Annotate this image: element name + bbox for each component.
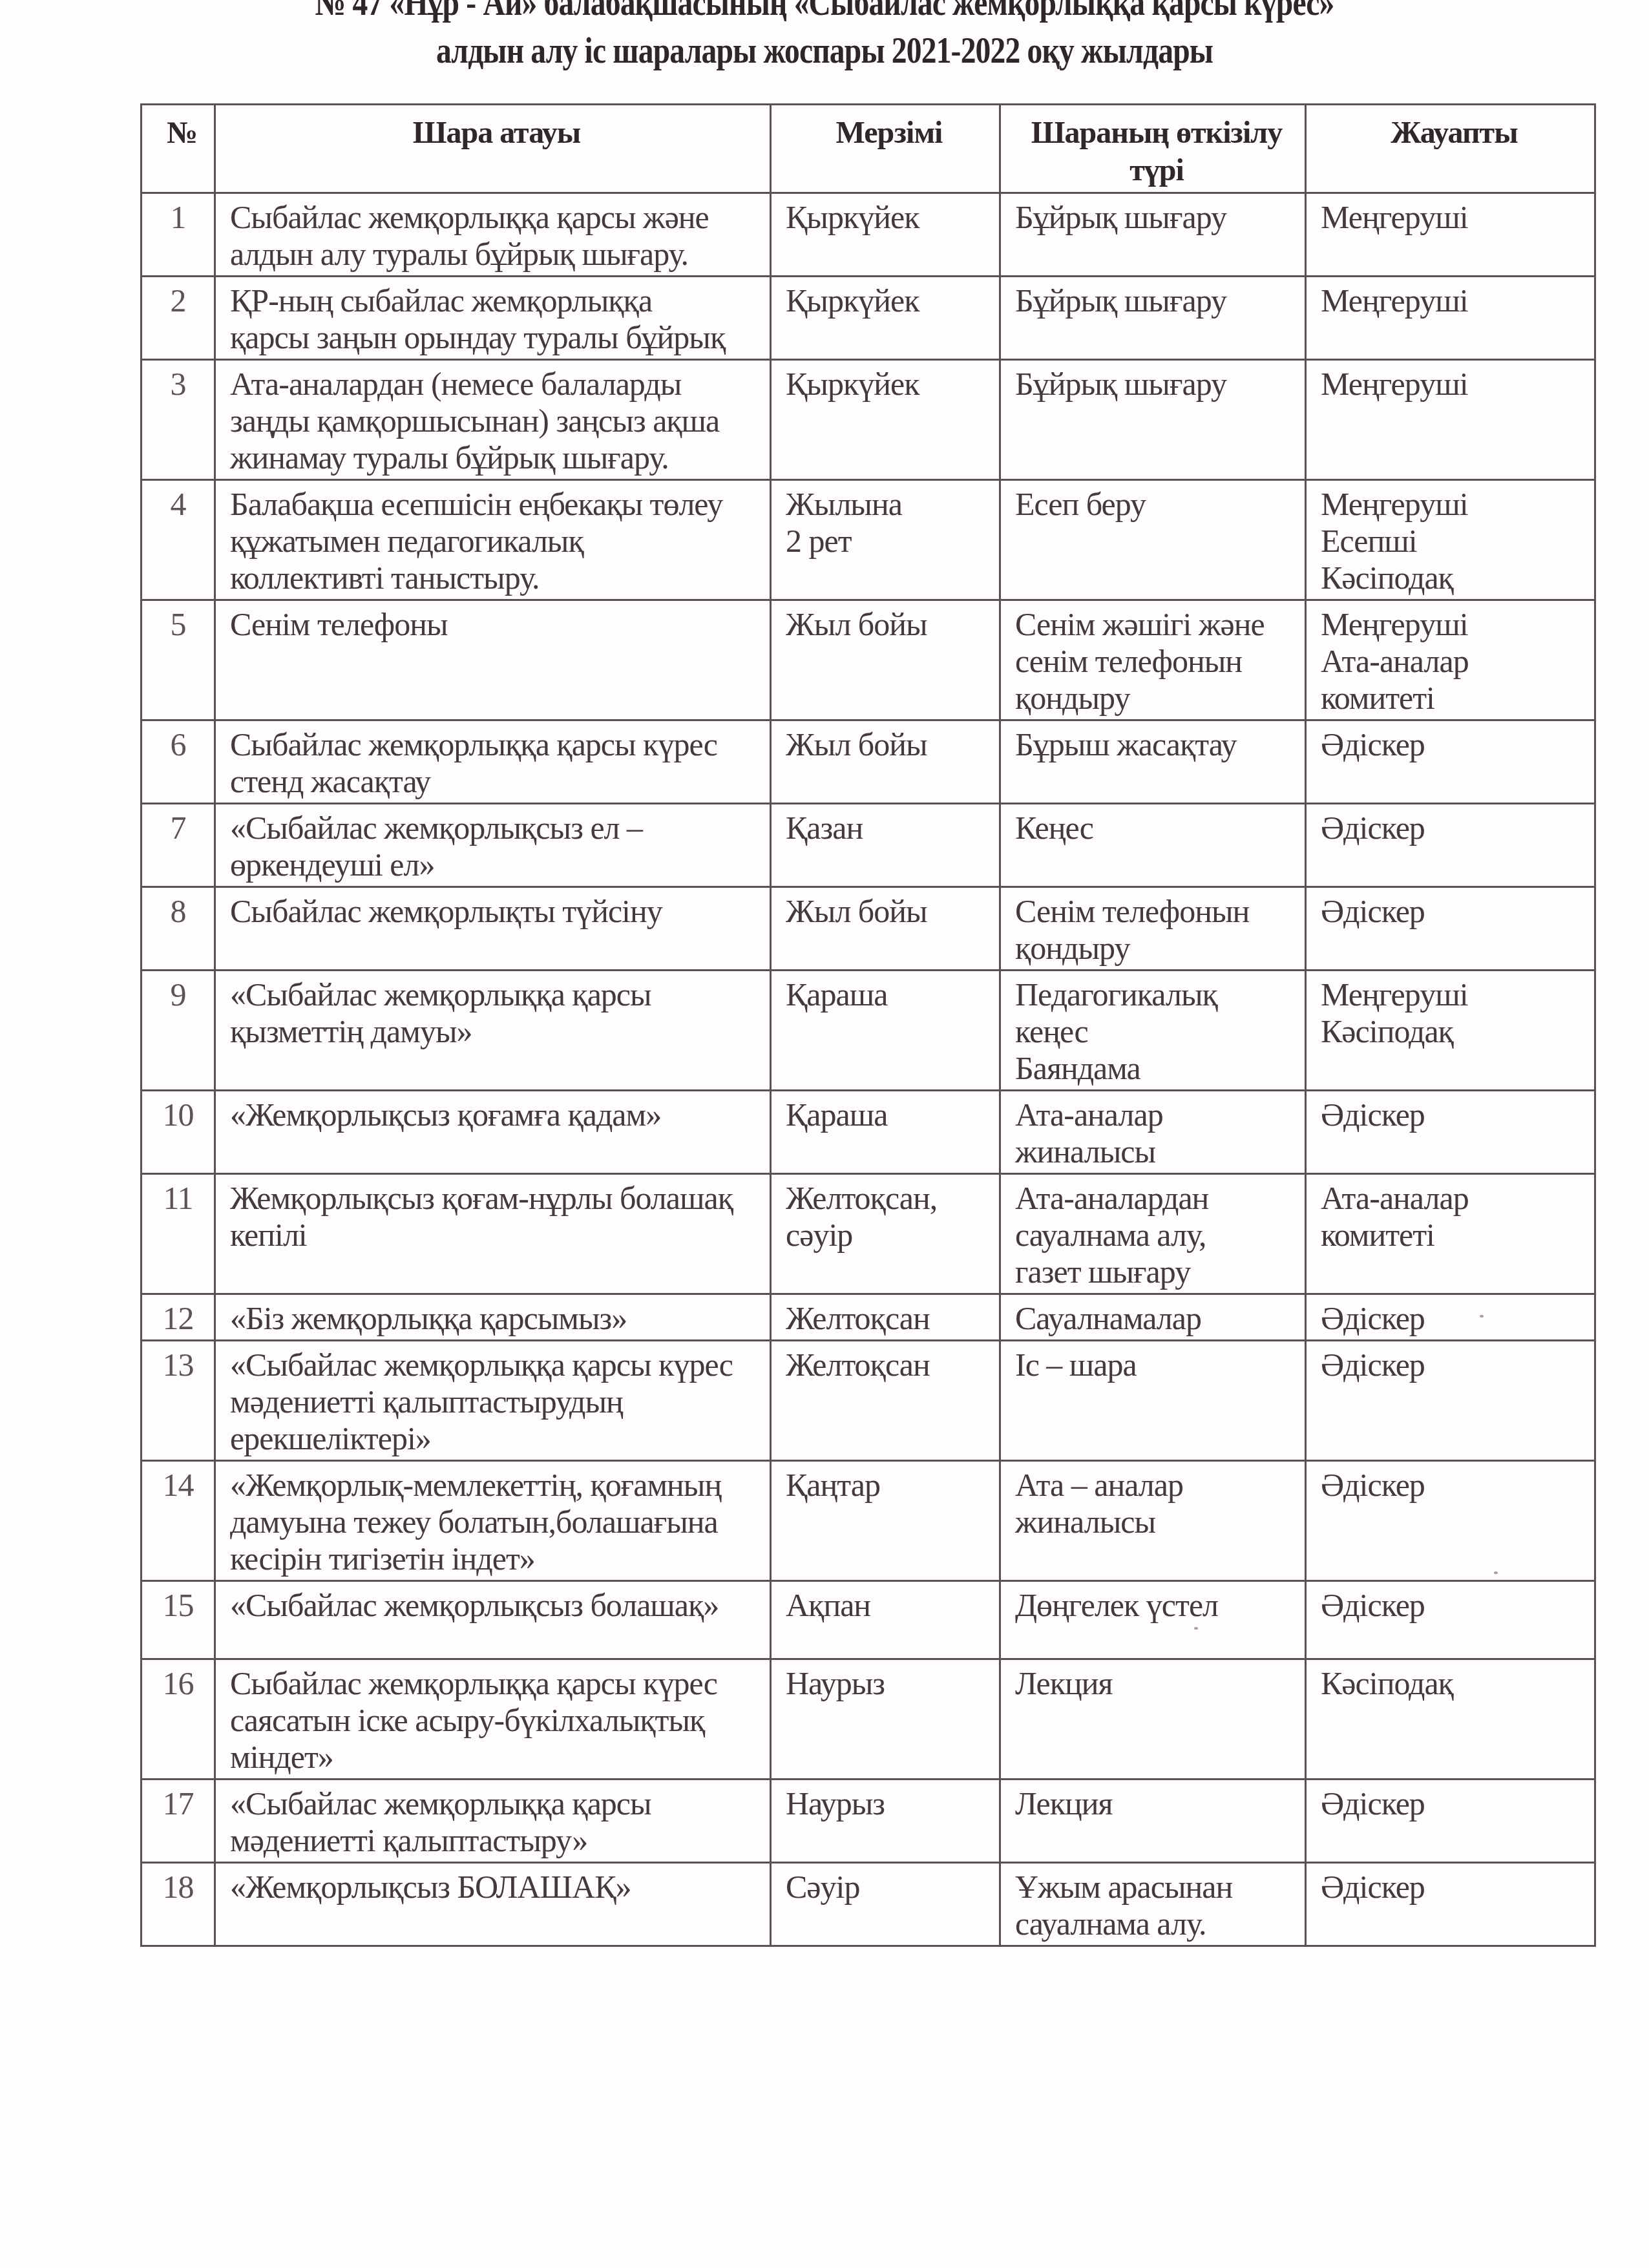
cell-text-line: Меңгеруші xyxy=(1321,199,1588,236)
cell-text-line: Сауалнамалар xyxy=(1015,1300,1298,1337)
cell-text-line: Қыркүйек xyxy=(786,366,993,403)
deadline-cell: Наурыз xyxy=(771,1659,1000,1780)
table-row: 1Сыбайлас жемқорлыққа қарсы жәнеалдын ал… xyxy=(142,193,1595,277)
cell-text-line: кесірін тигізетін індет» xyxy=(230,1540,763,1577)
responsible-cell: Әдіскер xyxy=(1306,720,1595,804)
event-form-cell: Есеп беру xyxy=(1000,480,1306,600)
cell-text-line: мәдениетті қалыптастырудың xyxy=(230,1383,763,1420)
cell-text-line: алдын алу туралы бұйрық шығару. xyxy=(230,236,763,273)
deadline-cell: Қыркүйек xyxy=(771,360,1000,480)
cell-text-line: Лекция xyxy=(1015,1785,1298,1822)
cell-text-line: «Жемқорлық-мемлекеттің, қоғамның xyxy=(230,1467,763,1504)
cell-text-line: Ақпан xyxy=(786,1587,993,1624)
deadline-cell: Наурыз xyxy=(771,1780,1000,1863)
scan-speck xyxy=(1194,1627,1198,1630)
cell-text-line: Әдіскер xyxy=(1321,810,1588,846)
table-row: 12«Біз жемқорлыққа қарсымыз»ЖелтоқсанСау… xyxy=(142,1294,1595,1341)
event-name-cell: «Жемқорлықсыз қоғамға қадам» xyxy=(215,1091,771,1174)
cell-text-line: Педагогикалық xyxy=(1015,976,1298,1013)
document-title-line-2: алдын алу іс шаралары жоспары 2021-2022 … xyxy=(149,28,1501,72)
table-row: 2ҚР-ның сыбайлас жемқорлыққақарсы заңын … xyxy=(142,277,1595,360)
cell-text-line: стенд жасақтау xyxy=(230,763,763,800)
row-number: 10 xyxy=(142,1091,215,1174)
cell-text-line: Жыл бойы xyxy=(786,606,993,643)
deadline-cell: Жыл бойы xyxy=(771,887,1000,971)
cell-text-line: Жыл бойы xyxy=(786,726,993,763)
row-number: 17 xyxy=(142,1780,215,1863)
cell-text-line: Әдіскер xyxy=(1321,1097,1588,1133)
row-number: 2 xyxy=(142,277,215,360)
event-name-cell: «Жемқорлықсыз БОЛАШАҚ» xyxy=(215,1863,771,1946)
cell-text-line: Ата – аналар xyxy=(1015,1467,1298,1504)
event-name-cell: «Сыбайлас жемқорлықсыз ел –өркендеуші ел… xyxy=(215,804,771,887)
event-form-cell: Ұжым арасынансауалнама алу. xyxy=(1000,1863,1306,1946)
responsible-cell: Әдіскер xyxy=(1306,1294,1595,1341)
row-number: 5 xyxy=(142,600,215,720)
cell-text-line: комитеті xyxy=(1321,1217,1588,1254)
cell-text-line: Іс – шара xyxy=(1015,1347,1298,1383)
cell-text-line: Меңгеруші xyxy=(1321,282,1588,319)
deadline-cell: Желтоқсан xyxy=(771,1341,1000,1461)
header-responsible: Жауапты xyxy=(1306,105,1595,193)
cell-text-line: Әдіскер xyxy=(1321,726,1588,763)
deadline-cell: Желтоқсан xyxy=(771,1294,1000,1341)
scan-speck xyxy=(1480,1315,1484,1318)
event-form-cell: Лекция xyxy=(1000,1659,1306,1780)
event-form-cell: Сенім жәшігі жәнесенім телефонынқондыру xyxy=(1000,600,1306,720)
table-row: 8Сыбайлас жемқорлықты түйсінуЖыл бойыСен… xyxy=(142,887,1595,971)
deadline-cell: Жыл бойы xyxy=(771,600,1000,720)
row-number: 18 xyxy=(142,1863,215,1946)
cell-text-line: Меңгеруші xyxy=(1321,366,1588,403)
deadline-cell: Желтоқсан,сәуір xyxy=(771,1174,1000,1294)
event-form-cell: Сауалнамалар xyxy=(1000,1294,1306,1341)
cell-text-line: Меңгеруші xyxy=(1321,976,1588,1013)
cell-text-line: Ата-аналар xyxy=(1015,1097,1298,1133)
cell-text-line: жинамау туралы бұйрық шығару. xyxy=(230,439,763,476)
cell-text-line: Сыбайлас жемқорлықты түйсіну xyxy=(230,893,763,930)
event-name-cell: Сыбайлас жемқорлыққа қарсы күрессаясатын… xyxy=(215,1659,771,1780)
responsible-cell: Әдіскер xyxy=(1306,1863,1595,1946)
cell-text-line: «Жемқорлықсыз БОЛАШАҚ» xyxy=(230,1869,763,1906)
table-header-row: № Шара атауы Мерзімі Шараның өткізілу тү… xyxy=(142,105,1595,193)
table-row: 5Сенім телефоныЖыл бойыСенім жәшігі және… xyxy=(142,600,1595,720)
table-row: 16Сыбайлас жемқорлыққа қарсы күрессаясат… xyxy=(142,1659,1595,1780)
cell-text-line: Наурыз xyxy=(786,1785,993,1822)
cell-text-line: заңды қамқоршысынан) заңсыз ақша xyxy=(230,403,763,439)
cell-text-line: Қыркүйек xyxy=(786,282,993,319)
event-form-cell: Кеңес xyxy=(1000,804,1306,887)
responsible-cell: Әдіскер xyxy=(1306,1461,1595,1581)
responsible-cell: Әдіскер xyxy=(1306,1780,1595,1863)
header-number: № xyxy=(142,105,215,193)
deadline-cell: Жыл бойы xyxy=(771,720,1000,804)
event-name-cell: «Сыбайлас жемқорлыққа қарсықызметтің дам… xyxy=(215,971,771,1091)
responsible-cell: Әдіскер xyxy=(1306,887,1595,971)
event-form-cell: Ата-аналардансауалнама алу,газет шығару xyxy=(1000,1174,1306,1294)
cell-text-line: Желтоқсан, xyxy=(786,1180,993,1217)
cell-text-line: Дөңгелек үстел xyxy=(1015,1587,1298,1624)
cell-text-line: кепілі xyxy=(230,1217,763,1254)
event-name-cell: Сенім телефоны xyxy=(215,600,771,720)
event-form-cell: Лекция xyxy=(1000,1780,1306,1863)
event-form-cell: Бұйрық шығару xyxy=(1000,277,1306,360)
cell-text-line: жиналысы xyxy=(1015,1133,1298,1170)
responsible-cell: МеңгерушіКәсіподақ xyxy=(1306,971,1595,1091)
cell-text-line: Жемқорлықсыз қоғам-нұрлы болашақ xyxy=(230,1180,763,1217)
cell-text-line: ҚР-ның сыбайлас жемқорлыққа xyxy=(230,282,763,319)
cell-text-line: «Біз жемқорлыққа қарсымыз» xyxy=(230,1300,763,1337)
deadline-cell: Қаңтар xyxy=(771,1461,1000,1581)
cell-text-line: Бұйрық шығару xyxy=(1015,199,1298,236)
cell-text-line: Әдіскер xyxy=(1321,893,1588,930)
cell-text-line: «Сыбайлас жемқорлыққа қарсы күрес xyxy=(230,1347,763,1383)
event-name-cell: ҚР-ның сыбайлас жемқорлыққақарсы заңын о… xyxy=(215,277,771,360)
event-name-cell: «Жемқорлық-мемлекеттің, қоғамныңдамуына … xyxy=(215,1461,771,1581)
event-form-cell: Дөңгелек үстел xyxy=(1000,1581,1306,1659)
cell-text-line: Кәсіподақ xyxy=(1321,1665,1588,1702)
cell-text-line: Сыбайлас жемқорлыққа қарсы күрес xyxy=(230,1665,763,1702)
cell-text-line: Сенім телефоны xyxy=(230,606,763,643)
cell-text-line: Бұйрық шығару xyxy=(1015,366,1298,403)
cell-text-line: сауалнама алу. xyxy=(1015,1906,1298,1942)
row-number: 12 xyxy=(142,1294,215,1341)
row-number: 8 xyxy=(142,887,215,971)
event-form-cell: Бұйрық шығару xyxy=(1000,360,1306,480)
cell-text-line: Қазан xyxy=(786,810,993,846)
responsible-cell: Меңгеруші xyxy=(1306,360,1595,480)
cell-text-line: Әдіскер xyxy=(1321,1587,1588,1624)
cell-text-line: Қыркүйек xyxy=(786,199,993,236)
cell-text-line: Әдіскер xyxy=(1321,1300,1588,1337)
table-body: 1Сыбайлас жемқорлыққа қарсы жәнеалдын ал… xyxy=(142,193,1595,1946)
table-row: 4Балабақша есепшісін еңбекақы төлеуқұжат… xyxy=(142,480,1595,600)
event-name-cell: Ата-аналардан (немесе балалардызаңды қам… xyxy=(215,360,771,480)
responsible-cell: Меңгеруші xyxy=(1306,277,1595,360)
row-number: 14 xyxy=(142,1461,215,1581)
table-row: 3Ата-аналардан (немесе балалардызаңды қа… xyxy=(142,360,1595,480)
cell-text-line: қызметтің дамуы» xyxy=(230,1013,763,1050)
cell-text-line: газет шығару xyxy=(1015,1254,1298,1290)
event-form-cell: Іс – шара xyxy=(1000,1341,1306,1461)
cell-text-line: Ұжым арасынан xyxy=(1015,1869,1298,1906)
responsible-cell: Әдіскер xyxy=(1306,1581,1595,1659)
cell-text-line: Сенім жәшігі және xyxy=(1015,606,1298,643)
table-row: 18«Жемқорлықсыз БОЛАШАҚ»СәуірҰжым арасын… xyxy=(142,1863,1595,1946)
cell-text-line: Лекция xyxy=(1015,1665,1298,1702)
deadline-cell: Сәуір xyxy=(771,1863,1000,1946)
cell-text-line: саясатын іске асыру-бүкілхалықтық xyxy=(230,1702,763,1739)
row-number: 3 xyxy=(142,360,215,480)
cell-text-line: Әдіскер xyxy=(1321,1347,1588,1383)
header-event-form: Шараның өткізілу түрі xyxy=(1000,105,1306,193)
cell-text-line: «Сыбайлас жемқорлыққа қарсы xyxy=(230,1785,763,1822)
row-number: 9 xyxy=(142,971,215,1091)
cell-text-line: Меңгеруші xyxy=(1321,486,1588,523)
cell-text-line: Есепші xyxy=(1321,523,1588,560)
deadline-cell: Жылына2 рет xyxy=(771,480,1000,600)
row-number: 15 xyxy=(142,1581,215,1659)
cell-text-line: Баяндама xyxy=(1015,1050,1298,1087)
event-name-cell: «Сыбайлас жемқорлыққа қарсы күресмәдение… xyxy=(215,1341,771,1461)
document-title-line-1: № 47 «Нұр - Ай» балабақшасының «Сыбайлас… xyxy=(149,0,1501,24)
deadline-cell: Ақпан xyxy=(771,1581,1000,1659)
table-row: 13«Сыбайлас жемқорлыққа қарсы күресмәден… xyxy=(142,1341,1595,1461)
row-number: 1 xyxy=(142,193,215,277)
cell-text-line: Әдіскер xyxy=(1321,1785,1588,1822)
cell-text-line: мәдениетті қалыптастыру» xyxy=(230,1822,763,1859)
row-number: 16 xyxy=(142,1659,215,1780)
cell-text-line: Сенім телефонын xyxy=(1015,893,1298,930)
event-name-cell: Сыбайлас жемқорлыққа қарсы күресстенд жа… xyxy=(215,720,771,804)
cell-text-line: Қараша xyxy=(786,1097,993,1133)
cell-text-line: Жылына xyxy=(786,486,993,523)
cell-text-line: сәуір xyxy=(786,1217,993,1254)
cell-text-line: Қараша xyxy=(786,976,993,1013)
anti-corruption-plan-table: № Шара атауы Мерзімі Шараның өткізілу тү… xyxy=(140,103,1596,1947)
scan-speck xyxy=(1494,1571,1498,1574)
cell-text-line: Әдіскер xyxy=(1321,1869,1588,1906)
row-number: 13 xyxy=(142,1341,215,1461)
responsible-cell: Әдіскер xyxy=(1306,1341,1595,1461)
event-form-cell: ПедагогикалықкеңесБаяндама xyxy=(1000,971,1306,1091)
cell-text-line: Қаңтар xyxy=(786,1467,993,1504)
header-event-name: Шара атауы xyxy=(215,105,771,193)
event-name-cell: «Біз жемқорлыққа қарсымыз» xyxy=(215,1294,771,1341)
cell-text-line: Бұрыш жасақтау xyxy=(1015,726,1298,763)
cell-text-line: коллективті таныстыру. xyxy=(230,560,763,596)
cell-text-line: қондыру xyxy=(1015,930,1298,967)
cell-text-line: Жыл бойы xyxy=(786,893,993,930)
row-number: 7 xyxy=(142,804,215,887)
responsible-cell: Әдіскер xyxy=(1306,804,1595,887)
cell-text-line: Ата-аналардан xyxy=(1015,1180,1298,1217)
table-row: 7«Сыбайлас жемқорлықсыз ел –өркендеуші е… xyxy=(142,804,1595,887)
cell-text-line: Есеп беру xyxy=(1015,486,1298,523)
event-form-cell: Ата – аналаржиналысы xyxy=(1000,1461,1306,1581)
cell-text-line: жиналысы xyxy=(1015,1504,1298,1540)
event-name-cell: Балабақша есепшісін еңбекақы төлеуқұжаты… xyxy=(215,480,771,600)
cell-text-line: Әдіскер xyxy=(1321,1467,1588,1504)
row-number: 4 xyxy=(142,480,215,600)
deadline-cell: Қазан xyxy=(771,804,1000,887)
cell-text-line: кеңес xyxy=(1015,1013,1298,1050)
cell-text-line: қарсы заңын орындау туралы бұйрық xyxy=(230,319,763,356)
cell-text-line: Желтоқсан xyxy=(786,1347,993,1383)
responsible-cell: Меңгеруші xyxy=(1306,193,1595,277)
cell-text-line: міндет» xyxy=(230,1739,763,1776)
event-form-cell: Бұрыш жасақтау xyxy=(1000,720,1306,804)
responsible-cell: Әдіскер xyxy=(1306,1091,1595,1174)
cell-text-line: Ата-аналардан (немесе балаларды xyxy=(230,366,763,403)
event-name-cell: Сыбайлас жемқорлықты түйсіну xyxy=(215,887,771,971)
table-row: 15«Сыбайлас жемқорлықсыз болашақ»АқпанДө… xyxy=(142,1581,1595,1659)
cell-text-line: Балабақша есепшісін еңбекақы төлеу xyxy=(230,486,763,523)
table-row: 14«Жемқорлық-мемлекеттің, қоғамныңдамуын… xyxy=(142,1461,1595,1581)
event-form-cell: Ата-аналаржиналысы xyxy=(1000,1091,1306,1174)
cell-text-line: «Сыбайлас жемқорлықсыз болашақ» xyxy=(230,1587,763,1624)
cell-text-line: сенім телефонын xyxy=(1015,643,1298,680)
cell-text-line: Сәуір xyxy=(786,1869,993,1906)
table-row: 11Жемқорлықсыз қоғам-нұрлы болашақкепілі… xyxy=(142,1174,1595,1294)
event-form-cell: Сенім телефонынқондыру xyxy=(1000,887,1306,971)
cell-text-line: Бұйрық шығару xyxy=(1015,282,1298,319)
cell-text-line: Кәсіподақ xyxy=(1321,1013,1588,1050)
responsible-cell: МеңгерушіАта-аналаркомитеті xyxy=(1306,600,1595,720)
cell-text-line: «Сыбайлас жемқорлыққа қарсы xyxy=(230,976,763,1013)
row-number: 11 xyxy=(142,1174,215,1294)
event-name-cell: Жемқорлықсыз қоғам-нұрлы болашақкепілі xyxy=(215,1174,771,1294)
deadline-cell: Қыркүйек xyxy=(771,277,1000,360)
cell-text-line: 2 рет xyxy=(786,523,993,560)
cell-text-line: комитеті xyxy=(1321,680,1588,717)
cell-text-line: «Жемқорлықсыз қоғамға қадам» xyxy=(230,1097,763,1133)
cell-text-line: Желтоқсан xyxy=(786,1300,993,1337)
cell-text-line: Ата-аналар xyxy=(1321,643,1588,680)
table-row: 6Сыбайлас жемқорлыққа қарсы күресстенд ж… xyxy=(142,720,1595,804)
cell-text-line: Наурыз xyxy=(786,1665,993,1702)
event-name-cell: Сыбайлас жемқорлыққа қарсы жәнеалдын алу… xyxy=(215,193,771,277)
cell-text-line: құжатымен педагогикалық xyxy=(230,523,763,560)
cell-text-line: Сыбайлас жемқорлыққа қарсы және xyxy=(230,199,763,236)
table-row: 17«Сыбайлас жемқорлыққа қарсымәдениетті … xyxy=(142,1780,1595,1863)
table-row: 10«Жемқорлықсыз қоғамға қадам»ҚарашаАта-… xyxy=(142,1091,1595,1174)
cell-text-line: Ата-аналар xyxy=(1321,1180,1588,1217)
responsible-cell: МеңгерушіЕсепшіКәсіподақ xyxy=(1306,480,1595,600)
cell-text-line: Меңгеруші xyxy=(1321,606,1588,643)
table-row: 9«Сыбайлас жемқорлыққа қарсықызметтің да… xyxy=(142,971,1595,1091)
cell-text-line: Сыбайлас жемқорлыққа қарсы күрес xyxy=(230,726,763,763)
deadline-cell: Қараша xyxy=(771,1091,1000,1174)
cell-text-line: Кәсіподақ xyxy=(1321,560,1588,596)
cell-text-line: Кеңес xyxy=(1015,810,1298,846)
deadline-cell: Қараша xyxy=(771,971,1000,1091)
cell-text-line: қондыру xyxy=(1015,680,1298,717)
cell-text-line: өркендеуші ел» xyxy=(230,846,763,883)
cell-text-line: ерекшеліктері» xyxy=(230,1420,763,1457)
row-number: 6 xyxy=(142,720,215,804)
responsible-cell: Ата-аналаркомитеті xyxy=(1306,1174,1595,1294)
event-name-cell: «Сыбайлас жемқорлықсыз болашақ» xyxy=(215,1581,771,1659)
responsible-cell: Кәсіподақ xyxy=(1306,1659,1595,1780)
header-deadline: Мерзімі xyxy=(771,105,1000,193)
cell-text-line: «Сыбайлас жемқорлықсыз ел – xyxy=(230,810,763,846)
cell-text-line: сауалнама алу, xyxy=(1015,1217,1298,1254)
event-form-cell: Бұйрық шығару xyxy=(1000,193,1306,277)
cell-text-line: дамуына тежеу болатын,болашағына xyxy=(230,1504,763,1540)
event-name-cell: «Сыбайлас жемқорлыққа қарсымәдениетті қа… xyxy=(215,1780,771,1863)
deadline-cell: Қыркүйек xyxy=(771,193,1000,277)
